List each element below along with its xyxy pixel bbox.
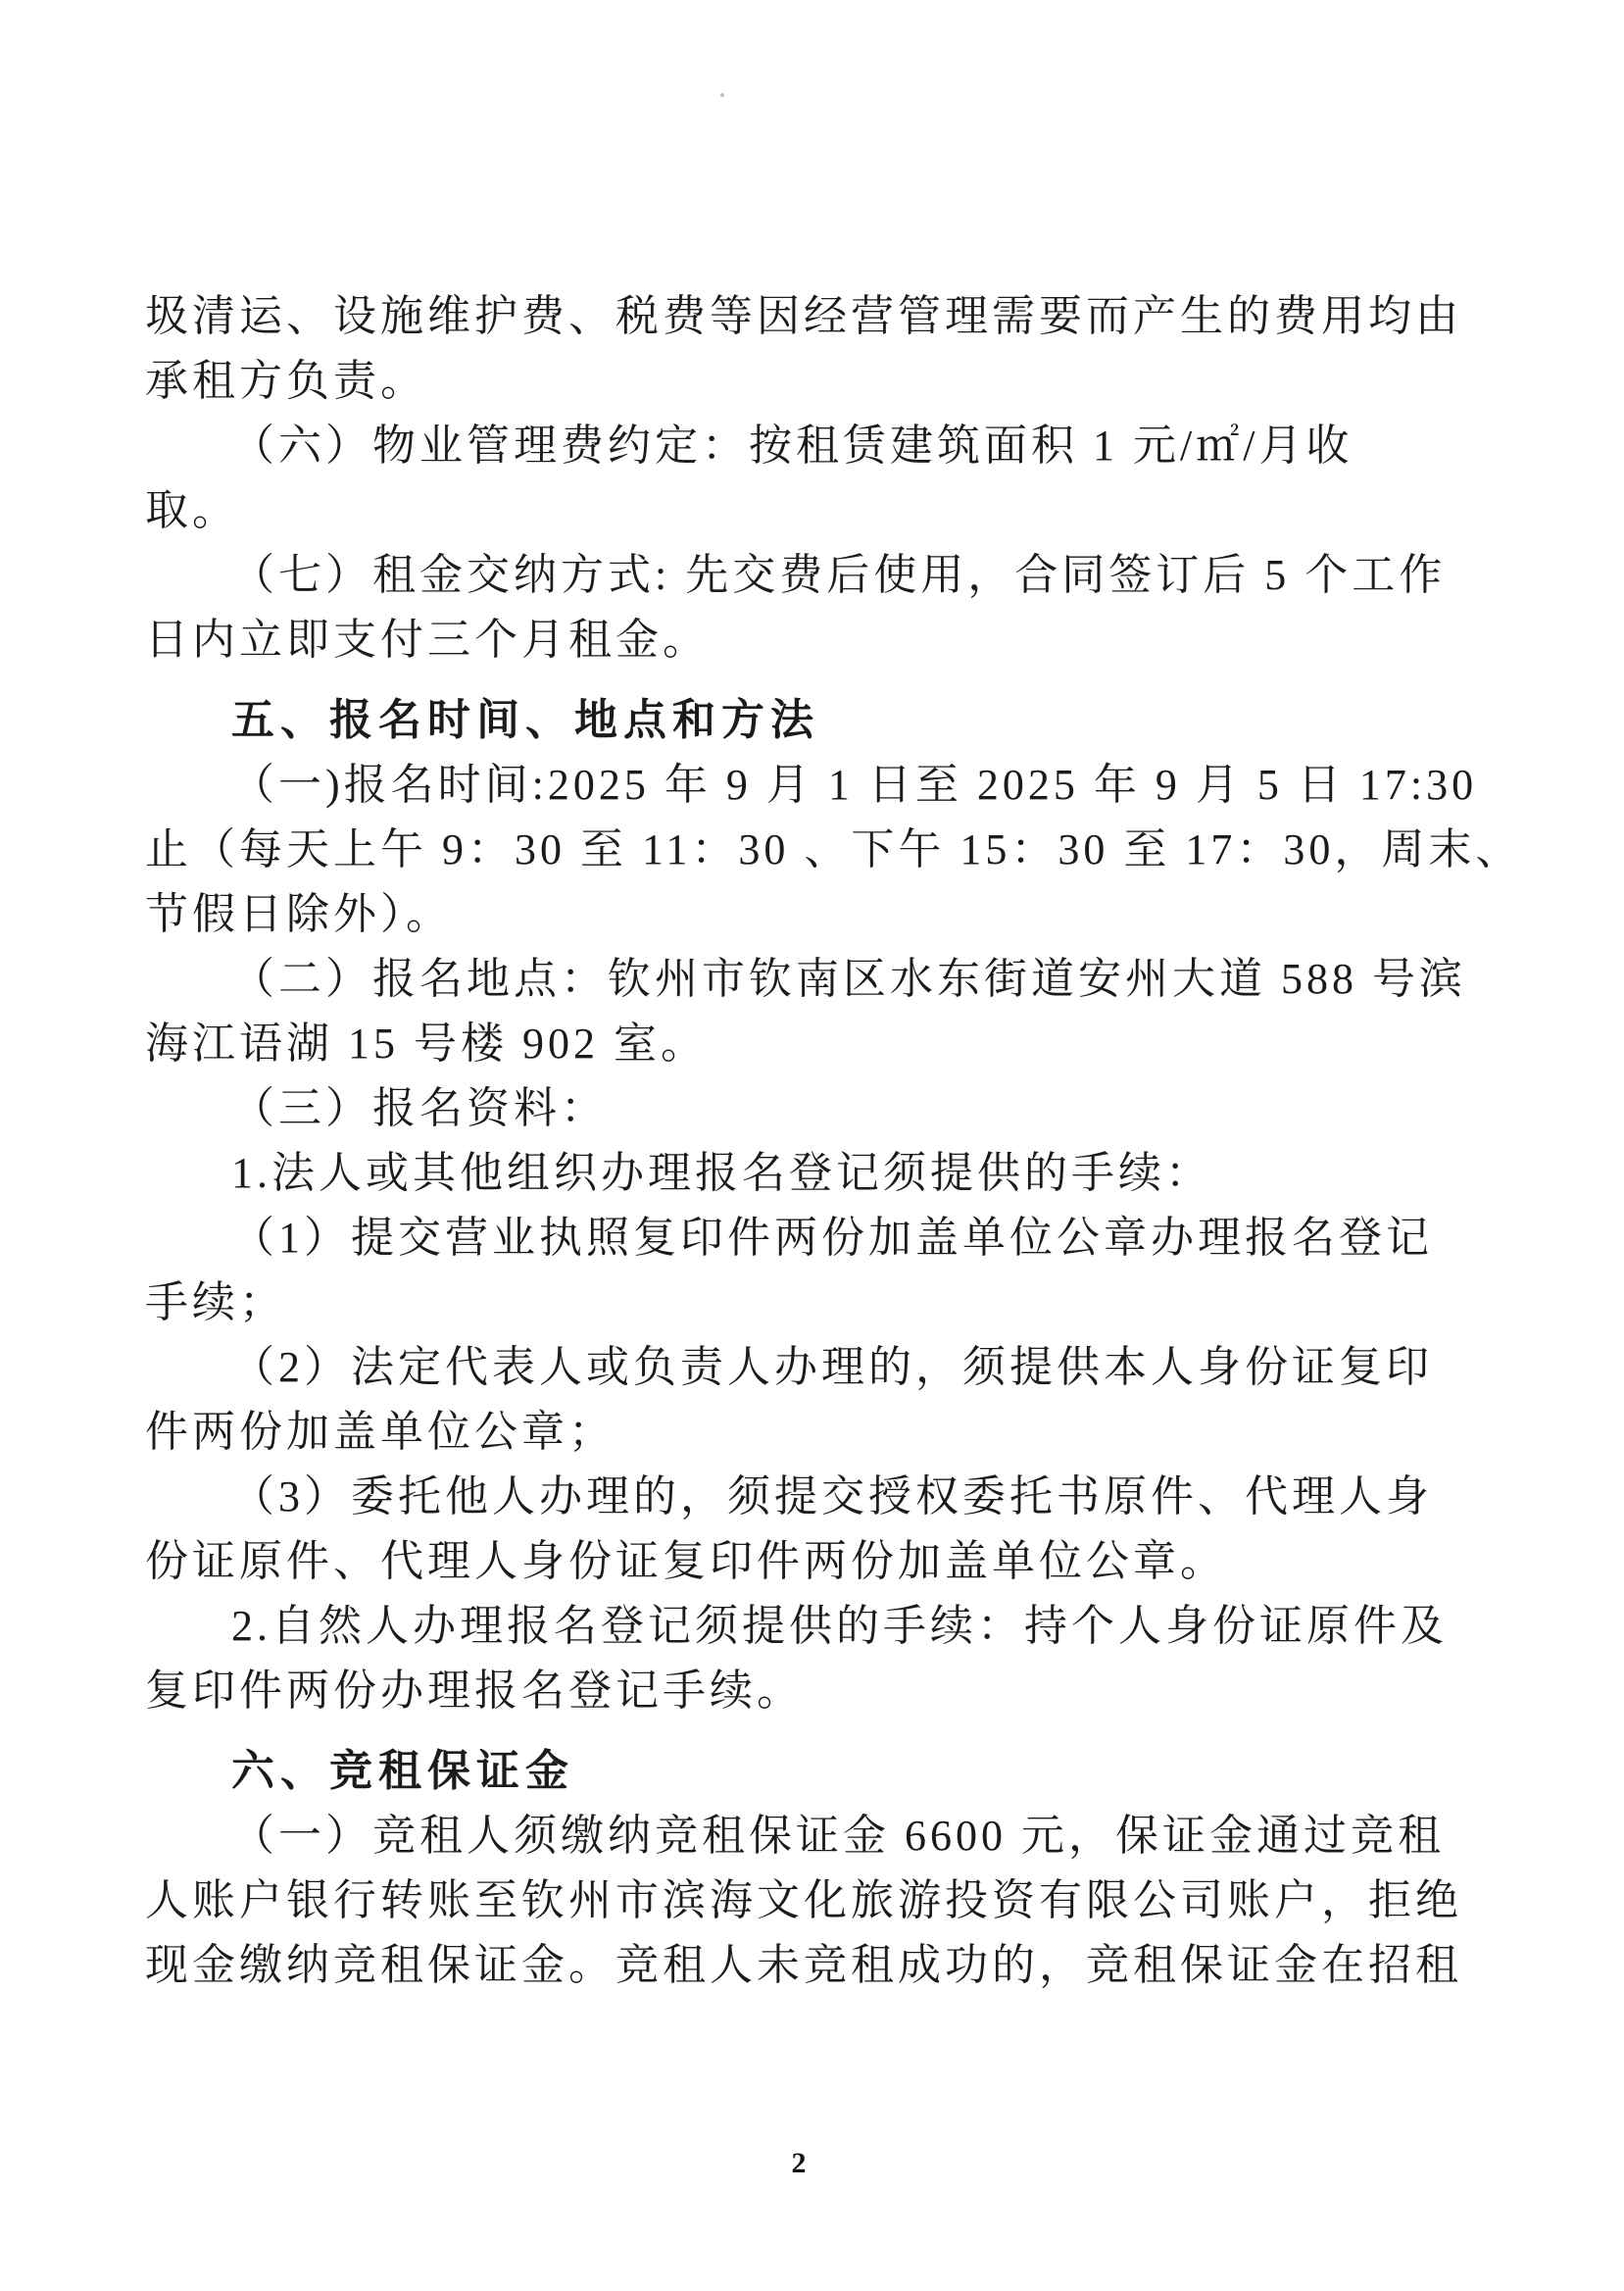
- text-line: （1）提交营业执照复印件两份加盖单位公章办理报名登记: [145, 1206, 1480, 1270]
- text-line: （2）法定代表人或负责人办理的，须提供本人身份证复印: [145, 1335, 1480, 1400]
- text-line: （三）报名资料：: [145, 1076, 1480, 1141]
- text-line: （七）租金交纳方式: 先交费后使用，合同签订后 5 个工作: [145, 543, 1480, 608]
- text-line: （二）报名地点：钦州市钦南区水东街道安州大道 588 号滨: [145, 947, 1480, 1012]
- text-line: （3）委托他人办理的，须提交授权委托书原件、代理人身: [145, 1465, 1480, 1529]
- document-page: 圾清运、设施维护费、税费等因经营管理需要而产生的费用均由承租方负责。（六）物业管…: [0, 0, 1624, 2291]
- document-body: 圾清运、设施维护费、税费等因经营管理需要而产生的费用均由承租方负责。（六）物业管…: [145, 284, 1480, 1998]
- text-line: 圾清运、设施维护费、税费等因经营管理需要而产生的费用均由: [145, 284, 1480, 349]
- text-line: （一）竞租人须缴纳竞租保证金 6600 元，保证金通过竞租: [145, 1804, 1480, 1868]
- section-heading: 六、竞租保证金: [145, 1739, 1480, 1804]
- text-line: 承租方负责。: [145, 349, 1480, 414]
- text-line: 份证原件、代理人身份证复印件两份加盖单位公章。: [145, 1529, 1480, 1594]
- scan-artifact-dot: [720, 93, 724, 97]
- text-line: （六）物业管理费约定：按租赁建筑面积 1 元/㎡/月收: [145, 414, 1480, 478]
- text-line: 日内立即支付三个月租金。: [145, 608, 1480, 672]
- section-heading: 五、报名时间、地点和方法: [145, 688, 1480, 753]
- text-line: 节假日除外）。: [145, 882, 1480, 947]
- text-line: 复印件两份办理报名登记手续。: [145, 1659, 1480, 1723]
- text-line: 件两份加盖单位公章；: [145, 1400, 1480, 1465]
- text-line: 现金缴纳竞租保证金。竞租人未竞租成功的，竞租保证金在招租: [145, 1933, 1480, 1998]
- page-number: 2: [0, 2147, 1598, 2180]
- text-line: 取。: [145, 478, 1480, 543]
- text-line: 1.法人或其他组织办理报名登记须提供的手续：: [145, 1141, 1480, 1206]
- text-line: 止（每天上午 9：30 至 11：30 、下午 15：30 至 17：30，周末…: [145, 818, 1480, 882]
- text-line: 人账户银行转账至钦州市滨海文化旅游投资有限公司账户，拒绝: [145, 1868, 1480, 1933]
- text-line: 2.自然人办理报名登记须提供的手续：持个人身份证原件及: [145, 1594, 1480, 1659]
- text-line: （一)报名时间:2025 年 9 月 1 日至 2025 年 9 月 5 日 1…: [145, 753, 1480, 818]
- text-line: 手续；: [145, 1270, 1480, 1335]
- text-line: 海江语湖 15 号楼 902 室。: [145, 1012, 1480, 1076]
